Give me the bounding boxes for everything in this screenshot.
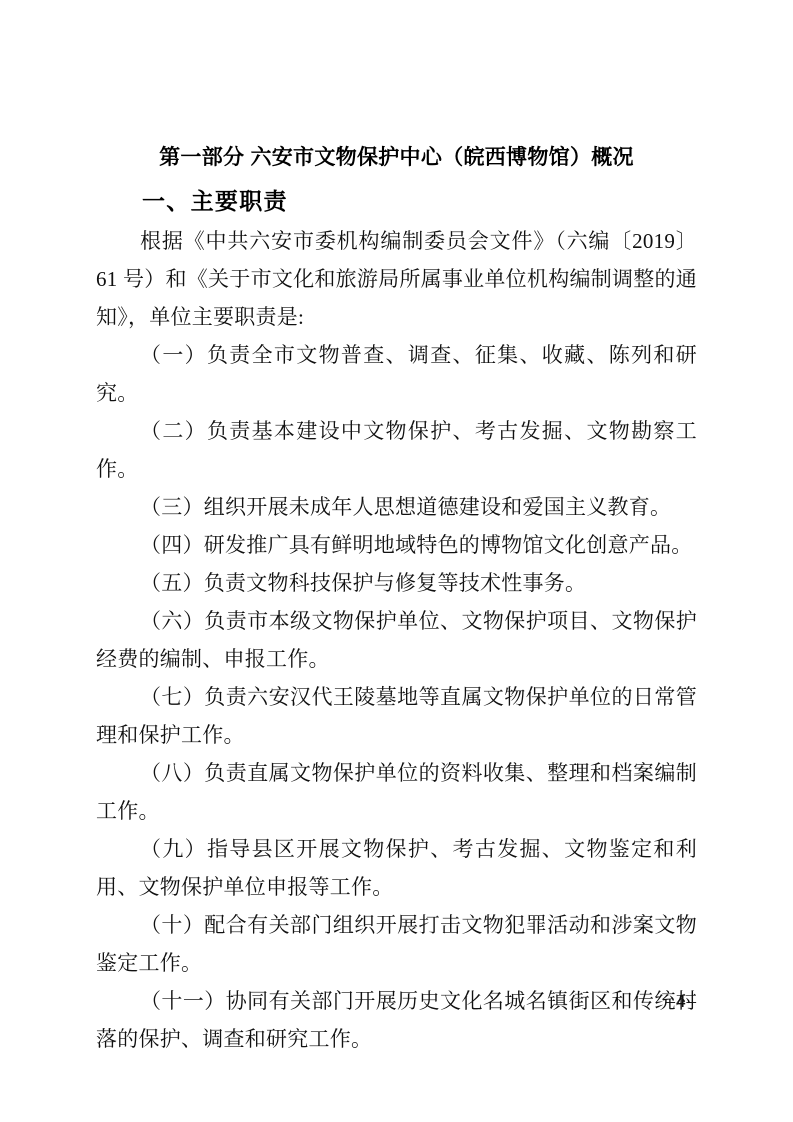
document-page: 第一部分 六安市文物保护中心（皖西博物馆）概况 一、主要职责 根据《中共六安市委… <box>0 0 793 1122</box>
page-number: –4– <box>666 991 698 1013</box>
duty-item: （九）指导县区开展文物保护、考古发掘、文物鉴定和利用、文物保护单位申报等工作。 <box>96 830 697 906</box>
duty-item: （三）组织开展未成年人思想道德建设和爱国主义教育。 <box>96 488 697 526</box>
duty-item: （八）负责直属文物保护单位的资料收集、整理和档案编制工作。 <box>96 754 697 830</box>
duty-item: （十）配合有关部门组织开展打击文物犯罪活动和涉案文物鉴定工作。 <box>96 906 697 982</box>
intro-paragraph: 根据《中共六安市委机构编制委员会文件》（六编〔2019〕61 号）和《关于市文化… <box>96 222 697 336</box>
section-heading: 一、主要职责 <box>96 188 697 214</box>
duty-item: （六）负责市本级文物保护单位、文物保护项目、文物保护经费的编制、申报工作。 <box>96 602 697 678</box>
duty-item: （一）负责全市文物普查、调查、征集、收藏、陈列和研究。 <box>96 336 697 412</box>
duty-item: （二）负责基本建设中文物保护、考古发掘、文物勘察工作。 <box>96 412 697 488</box>
document-title: 第一部分 六安市文物保护中心（皖西博物馆）概况 <box>96 146 697 170</box>
duty-item: （五）负责文物科技保护与修复等技术性事务。 <box>96 564 697 602</box>
duty-item: （十一）协同有关部门开展历史文化名城名镇街区和传统村落的保护、调查和研究工作。 <box>96 982 697 1058</box>
duty-item: （七）负责六安汉代王陵墓地等直属文物保护单位的日常管理和保护工作。 <box>96 678 697 754</box>
duty-item: （四）研发推广具有鲜明地域特色的博物馆文化创意产品。 <box>96 526 697 564</box>
